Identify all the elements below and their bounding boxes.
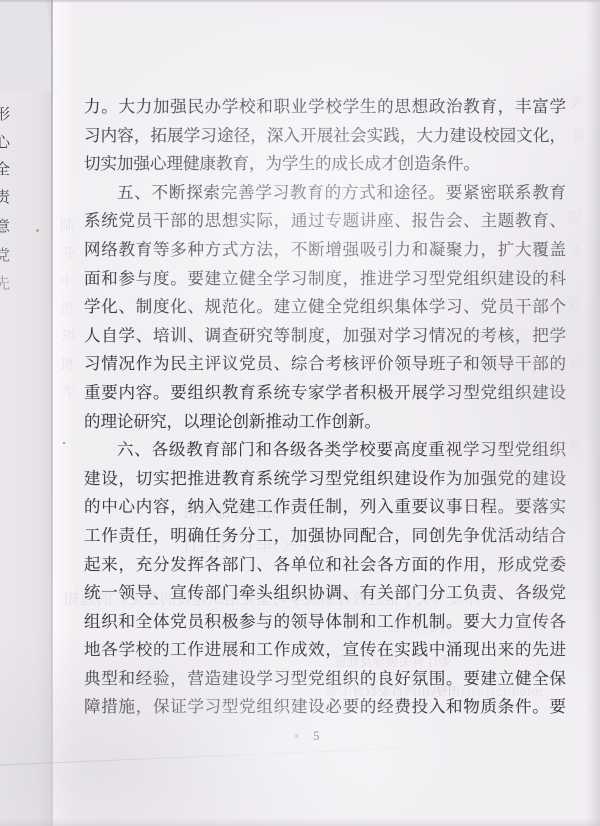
bleedthrough-text: 育 — [572, 130, 586, 144]
text-line: 组织和全体党员积极参与的领导体制和工作机制。要大力宣传各 — [84, 608, 566, 637]
text-line: 地各学校的工作进展和工作成效，宣传在实践中涌现出来的先进 — [84, 636, 566, 665]
text-line: 典型和经验，营造建设学习型党组织的良好氛围。要建立健全保 — [84, 665, 566, 694]
bleedthrough-text: 机 — [60, 359, 74, 373]
bleedthrough-text: 及 — [568, 438, 582, 452]
text-line: 六、各级教育部门和各级各类学校要高度重视学习型党组织 — [84, 436, 566, 465]
bleedthrough-text: 夹 — [570, 97, 584, 111]
spine-char: 形 — [0, 108, 13, 123]
text-line: 力。大力加强民办学校和职业学校学生的思想政治教育，丰富学 — [84, 93, 566, 122]
text-line: 的理论研究，以理论创新推动工作创新。 — [84, 408, 566, 437]
text-line: 网络教育等多种方式方法，不断增强吸引力和凝聚力，扩大覆盖 — [84, 236, 566, 265]
spine-char: 全 — [0, 163, 13, 178]
bleedthrough-text: 别 — [568, 212, 582, 226]
text-line: 的中心内容，纳入党建工作责任制，列入重要议事日程。要落实 — [84, 493, 566, 522]
bleedthrough-text: 制 — [60, 220, 74, 234]
ink-speck-blue — [295, 734, 298, 738]
spine-char: 先 — [0, 277, 13, 292]
text-line: 起来，充分发挥各部门、各单位和社会各方面的作用，形成党委 — [84, 551, 566, 580]
page-edge-highlight — [53, 0, 77, 826]
ink-speck-orange — [36, 229, 39, 232]
bleedthrough-text: 织 — [62, 331, 76, 345]
right-edge-shadow — [586, 0, 600, 826]
bleedthrough-text: 贵 — [60, 303, 74, 317]
bleedthrough-text: 水 — [570, 246, 584, 260]
bleedthrough-text: 中 — [60, 276, 74, 290]
text-line: 建设，切实把推进教育系统学习型党组织建设作为加强党的建设 — [84, 465, 566, 494]
bottom-edge-shadow — [0, 818, 600, 826]
top-edge-shadow — [0, 0, 600, 3]
text-line: 障措施，保证学习型党组织建设必要的经费投入和物质条件。要 — [84, 693, 566, 722]
text-line: 重要内容。要组织教育系统专家学者积极开展学习型党组织建设 — [84, 379, 566, 408]
page-number: 5 — [313, 728, 320, 744]
text-line: 习情况作为民主评议党员、综合考核评价领导班子和领导干部的 — [84, 350, 566, 379]
scanned-document-page: 形心全责意党先 中国共产党教育部党组二〇一〇年十二月三日印发《关于推进教育系统学… — [0, 0, 600, 826]
spine-char: 党 — [0, 249, 13, 264]
text-line: 习内容，拓展学习途径，深入开展社会实践，大力建设校园文化， — [84, 122, 566, 151]
text-line: 工作责任，明确任务分工，加强协同配合，同创先争优活动结合 — [84, 522, 566, 551]
bleedthrough-text: 尚 — [570, 356, 584, 370]
left-page-backing — [0, 0, 52, 826]
spine-char: 责 — [0, 191, 13, 206]
text-line: 人自学、培训、调查研究等制度，加强对学习情况的考核，把学 — [84, 322, 566, 351]
text-line: 学化、制度化、规范化。建立健全党组织集体学习、党员干部个 — [84, 293, 566, 322]
spine-char: 意 — [0, 220, 13, 235]
spine-char: 心 — [0, 136, 13, 151]
text-line: 系统党员干部的思想实际，通过专题讲座、报告会、主题教育、 — [84, 207, 566, 236]
text-line: 切实加强心理健康教育，为学生的成长成才创造条件。 — [84, 150, 566, 179]
document-body-text: 力。大力加强民办学校和职业学校学生的思想政治教育，丰富学习内容，拓展学习途径，深… — [84, 93, 566, 722]
bleedthrough-text: 学 — [63, 387, 77, 401]
text-line: 统一领导、宣传部门牵头组织协调、有关部门分工负责、各级党 — [84, 579, 566, 608]
text-line: 五、不断探索完善学习教育的方式和途径。要紧密联系教育 — [84, 179, 566, 208]
ink-speck-dark — [63, 442, 65, 444]
text-line: 面和参与度。要建立健全学习制度，推进学习型党组织建设的科 — [84, 265, 566, 294]
bleedthrough-text: 戏 — [568, 299, 582, 313]
bleedthrough-text: 平 — [63, 248, 77, 262]
